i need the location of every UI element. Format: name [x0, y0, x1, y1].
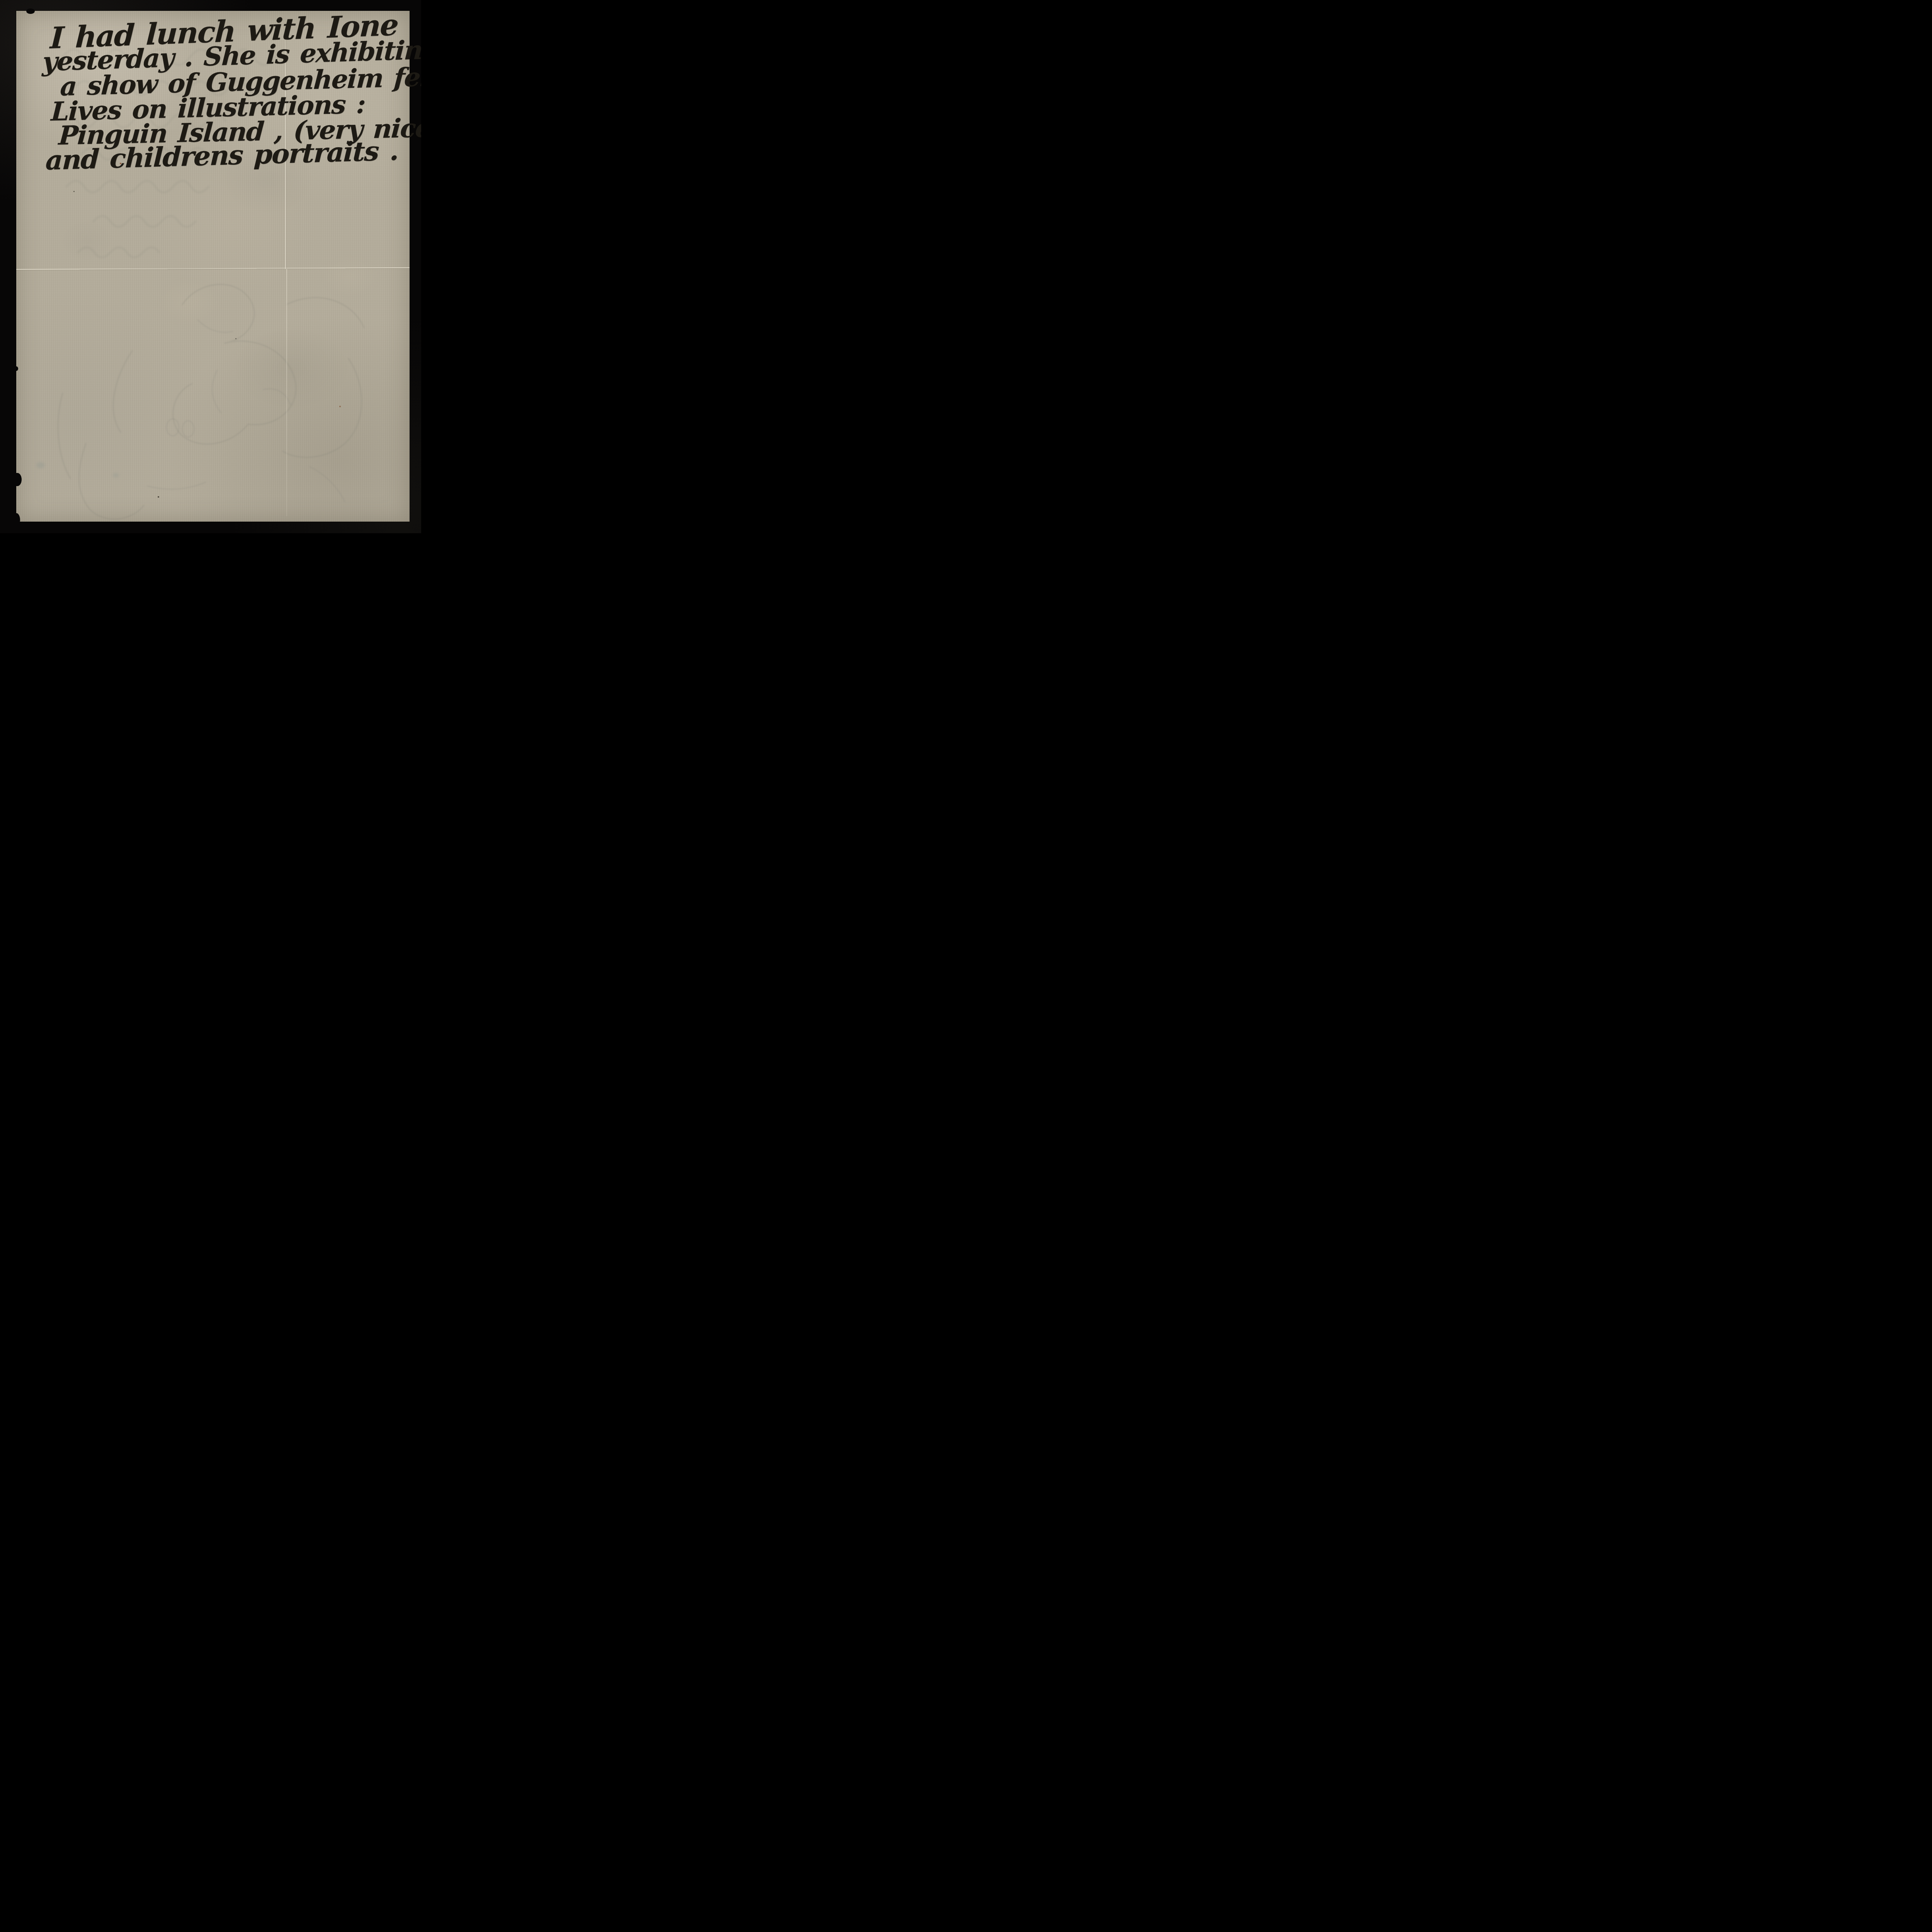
vertical-fold-crease-lower [286, 269, 287, 516]
dark-speck [235, 338, 236, 339]
bottom-left-corner-chip [14, 513, 20, 525]
dark-speck [73, 191, 75, 192]
left-edge-chip-large [13, 473, 22, 486]
rust-speck [120, 163, 121, 164]
dark-speck [158, 496, 159, 498]
letter-page: I had lunch with Ione yesterday . She is… [16, 11, 410, 522]
horizontal-fold-crease [16, 267, 410, 270]
blue-gray-smudge [113, 473, 119, 478]
scanned-letter-screenshot: I had lunch with Ione yesterday . She is… [0, 0, 421, 533]
left-edge-chip-small [14, 366, 18, 371]
top-edge-notch [26, 9, 35, 14]
blue-gray-smudge [36, 462, 45, 468]
rust-speck [339, 406, 341, 407]
